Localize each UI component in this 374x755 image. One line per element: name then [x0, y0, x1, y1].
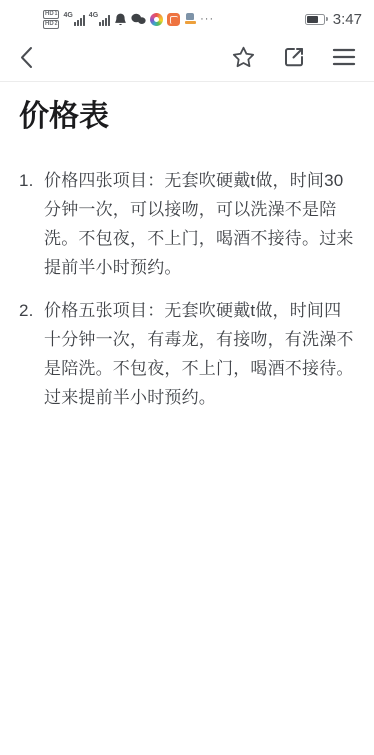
- more-notifications-icon: ···: [200, 14, 214, 24]
- hd-badge-sim1: HD1: [43, 10, 59, 19]
- share-button[interactable]: [282, 45, 306, 72]
- menu-button[interactable]: [332, 47, 356, 70]
- volte-hd-badges: HD1 HD2: [43, 10, 59, 29]
- list-item: 2. 价格五张项目：无套吹硬戴t做，时间四十分钟一次，有毒龙，有接吻，有洗澡不是…: [19, 296, 356, 412]
- hd-badge-sim2: HD2: [43, 20, 59, 29]
- app-badge-notification-icon: [184, 13, 196, 26]
- back-button[interactable]: [20, 46, 33, 72]
- list-item: 1. 价格四张项目：无套吹硬戴t做，时间30分钟一次，可以接吻，可以洗澡不是陪洗…: [19, 166, 356, 282]
- status-bar-right: 3:47: [305, 11, 364, 28]
- favorite-button[interactable]: [231, 45, 256, 73]
- nav-bar: [0, 36, 374, 82]
- list-item-number: 2.: [19, 296, 44, 412]
- numbered-list: 1. 价格四张项目：无套吹硬戴t做，时间30分钟一次，可以接吻，可以洗澡不是陪洗…: [19, 166, 356, 412]
- document-body: 价格表 1. 价格四张项目：无套吹硬戴t做，时间30分钟一次，可以接吻，可以洗澡…: [0, 97, 374, 412]
- bell-notification-icon: [114, 12, 127, 27]
- chat-app-notification-icon: [131, 13, 146, 25]
- share-export-icon: [282, 45, 306, 72]
- nav-actions: [231, 45, 356, 73]
- status-bar-time: 3:47: [333, 11, 362, 28]
- hamburger-menu-icon: [332, 47, 356, 70]
- signal-strength-icon-sim2: 4G: [89, 12, 110, 26]
- chevron-left-icon: [20, 46, 33, 72]
- list-item-text: 价格五张项目：无套吹硬戴t做，时间四十分钟一次，有毒龙，有接吻，有洗澡不是陪洗。…: [44, 296, 356, 412]
- battery-icon: [305, 14, 328, 25]
- signal-strength-icon-sim1: 4G: [63, 12, 84, 26]
- page-title: 价格表: [19, 97, 356, 137]
- list-item-text: 价格四张项目：无套吹硬戴t做，时间30分钟一次，可以接吻，可以洗澡不是陪洗。不包…: [44, 166, 356, 282]
- list-item-number: 1.: [19, 166, 44, 282]
- photos-app-notification-icon: [150, 13, 163, 26]
- orange-app-notification-icon: [167, 13, 180, 26]
- status-bar-left: HD1 HD2 4G 4G ···: [43, 10, 214, 29]
- star-icon: [231, 45, 256, 73]
- status-bar: HD1 HD2 4G 4G ···: [0, 0, 374, 36]
